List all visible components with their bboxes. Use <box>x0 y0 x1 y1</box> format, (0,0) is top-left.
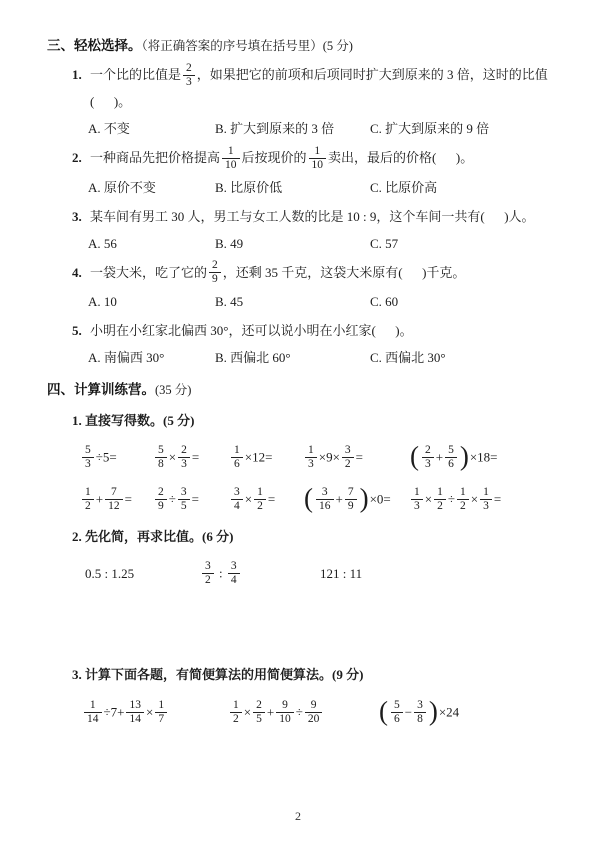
option-b: B. 比原价低 <box>215 177 370 198</box>
question-3-options: A. 56 B. 49 C. 57 <box>88 233 568 254</box>
page-number: 2 <box>0 809 596 824</box>
calc-item: 58×23= <box>153 445 229 472</box>
expression-item: (56−38)×24 <box>378 700 568 727</box>
calc-item: (23+56)×18= <box>409 445 568 472</box>
option-a: A. 10 <box>88 291 215 312</box>
question-text: 一袋大米，吃了它的29，还剩 35 千克，这袋大米原有( )千克。 <box>90 260 568 287</box>
option-a: A. 原价不变 <box>88 177 215 198</box>
calc-item: 16×12= <box>229 445 303 472</box>
question-number: 1. <box>72 62 90 114</box>
question-number: 5. <box>72 318 90 343</box>
question-1: 1. 一个比的比值是23，如果把它的前项和后项同时扩大到原来的 3 倍，这时的比… <box>72 62 568 139</box>
calc-item: 13×12÷12×13= <box>409 487 568 514</box>
question-number: 2. <box>72 145 90 172</box>
question-5-options: A. 南偏西 30° B. 西偏北 60° C. 西偏北 30° <box>88 347 568 368</box>
section-four-note: (35 分) <box>155 383 191 397</box>
question-5: 5. 小明在小红家北偏西 30°，还可以说小明在小红家( )。 A. 南偏西 3… <box>72 318 568 368</box>
question-1-stem: 1. 一个比的比值是23，如果把它的前项和后项同时扩大到原来的 3 倍，这时的比… <box>72 62 568 114</box>
question-1-options: A. 不变 B. 扩大到原来的 3 倍 C. 扩大到原来的 9 倍 <box>88 118 568 139</box>
section-four-title: 四、计算训练营。 <box>47 382 155 397</box>
option-a: A. 56 <box>88 233 215 254</box>
calc-item: 13×9×32= <box>303 445 409 472</box>
option-a: A. 南偏西 30° <box>88 347 215 368</box>
option-a: A. 不变 <box>88 118 215 139</box>
calc-item: 12+712= <box>80 487 153 514</box>
option-c: C. 比原价高 <box>370 177 568 198</box>
option-c: C. 57 <box>370 233 568 254</box>
question-number: 3. <box>72 204 90 229</box>
subtask-number: 1. <box>72 413 82 428</box>
section-three-note: （将正确答案的序号填在括号里）(5 分) <box>142 39 353 53</box>
question-2-options: A. 原价不变 B. 比原价低 C. 比原价高 <box>88 177 568 198</box>
calc-item: 34×12= <box>229 487 303 514</box>
option-b: B. 49 <box>215 233 370 254</box>
option-c: C. 60 <box>370 291 568 312</box>
question-text: 一个比的比值是23，如果把它的前项和后项同时扩大到原来的 3 倍，这时的比值( … <box>90 62 568 114</box>
question-3: 3. 某车间有男工 30 人，男工与女工人数的比是 10 : 9，这个车间一共有… <box>72 204 568 254</box>
ratio-item: 32 : 34 <box>200 561 320 588</box>
calc-item: (316+79)×0= <box>303 487 409 514</box>
subtask-text: 直接写得数。(5 分) <box>85 413 194 428</box>
question-2: 2. 一种商品先把价格提高110后按现价的110卖出，最后的价格( )。 A. … <box>72 145 568 197</box>
subtask-2-label: 2. 先化简，再求比值。(6 分) <box>72 526 568 548</box>
section-three-title: 三、轻松选择。 <box>47 38 142 53</box>
quick-calc-row-1: 53÷5= 58×23= 16×12= 13×9×32= (23+56)×18= <box>80 442 568 474</box>
section-four-heading: 四、计算训练营。(35 分) <box>47 380 568 400</box>
subtask-3-label: 3. 计算下面各题，有简便算法的用简便算法。(9 分) <box>72 664 568 686</box>
subtask-text: 计算下面各题，有简便算法的用简便算法。(9 分) <box>85 667 363 682</box>
question-2-stem: 2. 一种商品先把价格提高110后按现价的110卖出，最后的价格( )。 <box>72 145 568 172</box>
question-text: 一种商品先把价格提高110后按现价的110卖出，最后的价格( )。 <box>90 145 568 172</box>
simplify-row: 114÷7+1314×17 12×25+910÷920 (56−38)×24 <box>82 696 568 730</box>
calc-item: 29÷35= <box>153 487 229 514</box>
question-4-options: A. 10 B. 45 C. 60 <box>88 291 568 312</box>
question-4: 4. 一袋大米，吃了它的29，还剩 35 千克，这袋大米原有( )千克。 A. … <box>72 260 568 312</box>
subtask-number: 3. <box>72 667 82 682</box>
question-text: 小明在小红家北偏西 30°，还可以说小明在小红家( )。 <box>90 318 568 343</box>
question-4-stem: 4. 一袋大米，吃了它的29，还剩 35 千克，这袋大米原有( )千克。 <box>72 260 568 287</box>
option-b: B. 西偏北 60° <box>215 347 370 368</box>
option-b: B. 45 <box>215 291 370 312</box>
question-5-stem: 5. 小明在小红家北偏西 30°，还可以说小明在小红家( )。 <box>72 318 568 343</box>
ratio-row: 0.5 : 1.25 32 : 34 121 : 11 <box>85 558 568 590</box>
subtask-number: 2. <box>72 529 82 544</box>
expression-item: 114÷7+1314×17 <box>82 700 228 727</box>
section-three-heading: 三、轻松选择。（将正确答案的序号填在括号里）(5 分) <box>47 36 568 56</box>
question-number: 4. <box>72 260 90 287</box>
ratio-item: 0.5 : 1.25 <box>85 566 200 582</box>
question-text: 某车间有男工 30 人，男工与女工人数的比是 10 : 9，这个车间一共有( )… <box>90 204 568 229</box>
test-paper-page: 三、轻松选择。（将正确答案的序号填在括号里）(5 分) 1. 一个比的比值是23… <box>0 0 596 842</box>
ratio-item: 121 : 11 <box>320 566 568 582</box>
subtask-1-label: 1. 直接写得数。(5 分) <box>72 410 568 432</box>
calc-item: 53÷5= <box>80 445 153 472</box>
subtask-text: 先化简，再求比值。(6 分) <box>85 529 233 544</box>
option-c: C. 西偏北 30° <box>370 347 568 368</box>
expression-item: 12×25+910÷920 <box>228 700 378 727</box>
quick-calc-row-2: 12+712= 29÷35= 34×12= (316+79)×0= 13×12÷… <box>80 484 568 516</box>
option-c: C. 扩大到原来的 9 倍 <box>370 118 568 139</box>
option-b: B. 扩大到原来的 3 倍 <box>215 118 370 139</box>
question-3-stem: 3. 某车间有男工 30 人，男工与女工人数的比是 10 : 9，这个车间一共有… <box>72 204 568 229</box>
